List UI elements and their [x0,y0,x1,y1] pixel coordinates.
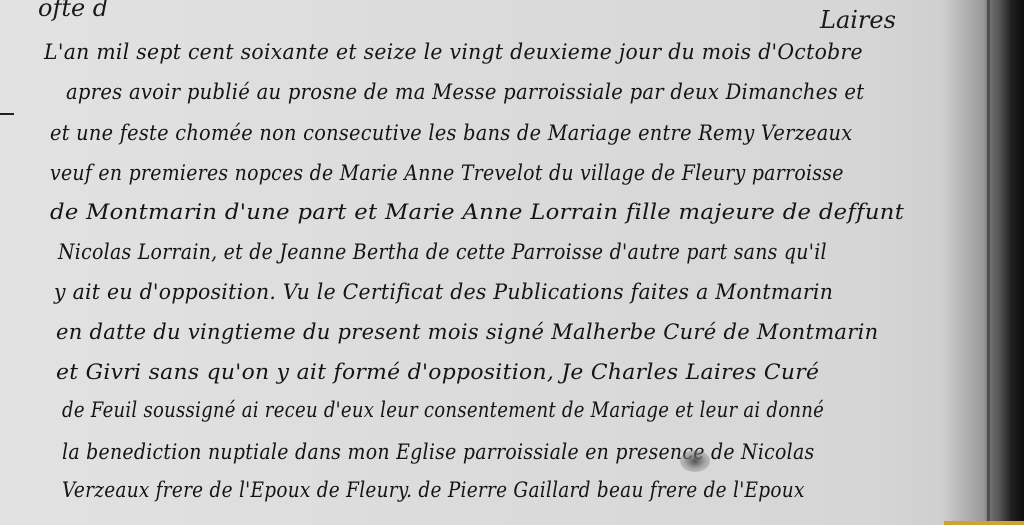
ink-stain [680,450,710,472]
text-line-4: veuf en premieres nopces de Marie Anne T… [50,161,844,185]
bottom-edge-strip [944,521,1024,525]
text-line-10: de Feuil soussigné ai receu d'eux leur c… [62,398,824,422]
text-line-1: L'an mil sept cent soixante et seize le … [44,40,863,64]
text-line-2: apres avoir publié au prosne de ma Messe… [66,80,864,104]
text-line-6: Nicolas Lorrain, et de Jeanne Bertha de … [58,240,827,264]
text-line-12: Verzeaux frere de l'Epoux de Fleury. de … [62,478,805,502]
margin-note-name: Laires [820,6,896,34]
text-line-7: y ait eu d'opposition. Vu le Certificat … [54,280,833,304]
text-line-3: et une feste chomée non consecutive les … [50,121,852,145]
text-line-5: de Montmarin d'une part et Marie Anne Lo… [50,200,904,224]
book-binding-shadow [984,0,1024,525]
manuscript-page: ofte d Laires L'an mil sept cent soixant… [0,0,1024,525]
top-line-fragment: ofte d [38,0,108,22]
margin-tick-mark [0,113,14,115]
text-line-9: et Givri sans qu'on y ait formé d'opposi… [56,360,819,384]
text-line-8: en datte du vingtieme du present mois si… [56,320,878,344]
